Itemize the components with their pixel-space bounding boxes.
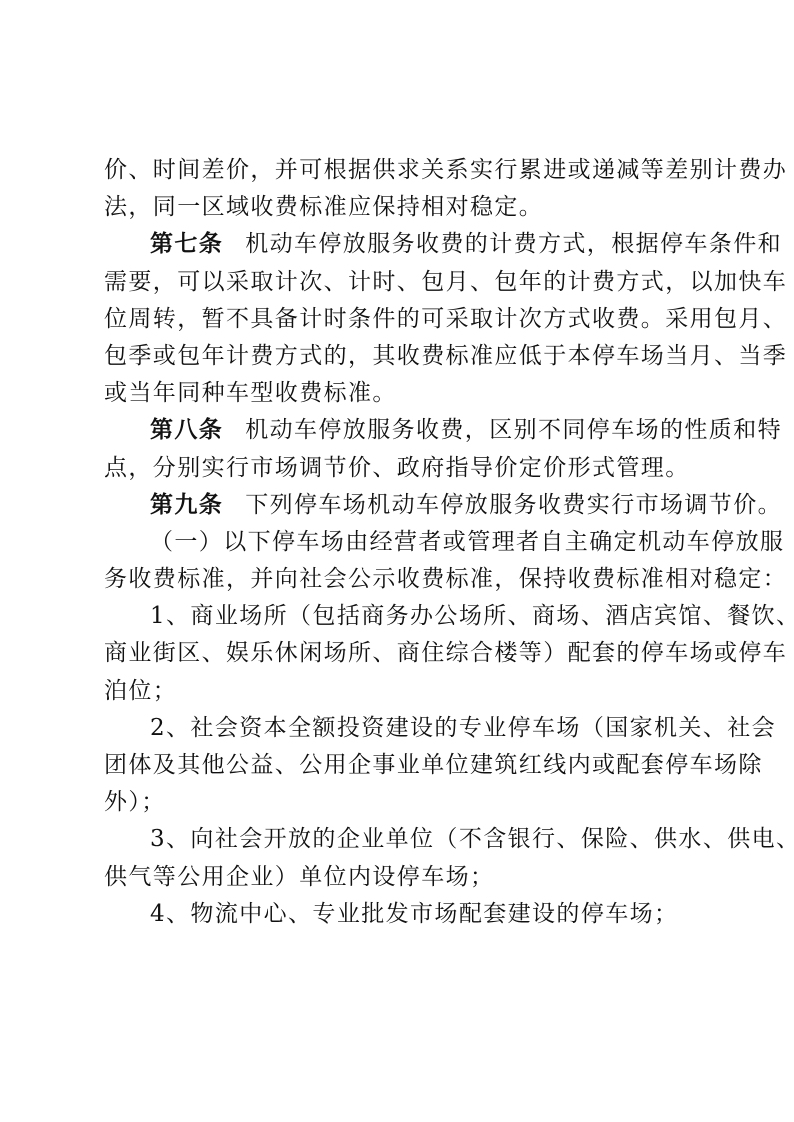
list-item-line: 2、社会资本全额投资建设的专业停车场（国家机关、社会 xyxy=(104,710,694,747)
article-7-line: 第七条机动车停放服务收费的计费方式，根据停车条件和 xyxy=(104,226,694,263)
paragraph-line: 供气等公用企业）单位内设停车场； xyxy=(104,859,694,896)
paragraph-line: 价、时间差价，并可根据供求关系实行累进或递减等差别计费办 xyxy=(104,152,694,189)
article-heading: 第七条 xyxy=(150,231,223,257)
paragraph-line: 位周转，暂不具备计时条件的可采取计次方式收费。采用包月、 xyxy=(104,301,694,338)
paragraph-line: 泊位； xyxy=(104,673,694,710)
article-text: 下列停车场机动车停放服务收费实行市场调节价。 xyxy=(245,492,782,518)
paragraph-line: 团体及其他公益、公用企事业单位建筑红线内或配套停车场除 xyxy=(104,747,694,784)
list-item-line: 3、向社会开放的企业单位（不含银行、保险、供水、供电、 xyxy=(104,821,694,858)
paragraph-line: 包季或包年计费方式的，其收费标准应低于本停车场当月、当季 xyxy=(104,338,694,375)
paragraph-line: 点，分别实行市场调节价、政府指导价定价形式管理。 xyxy=(104,450,694,487)
article-heading: 第九条 xyxy=(150,492,223,518)
article-heading: 第八条 xyxy=(150,417,223,443)
article-text: 机动车停放服务收费的计费方式，根据停车条件和 xyxy=(245,231,782,257)
article-8-line: 第八条机动车停放服务收费，区别不同停车场的性质和特 xyxy=(104,412,694,449)
paragraph-line: 务收费标准，并向社会公示收费标准，保持收费标准相对稳定： xyxy=(104,561,694,598)
article-text: 机动车停放服务收费，区别不同停车场的性质和特 xyxy=(245,417,782,443)
paragraph-line: 或当年同种车型收费标准。 xyxy=(104,375,694,412)
paragraph-line: 需要，可以采取计次、计时、包月、包年的计费方式，以加快车 xyxy=(104,264,694,301)
paragraph-line: 法，同一区域收费标准应保持相对稳定。 xyxy=(104,189,694,226)
paragraph-line: （一）以下停车场由经营者或管理者自主确定机动车停放服 xyxy=(104,524,694,561)
list-item-line: 4、物流中心、专业批发市场配套建设的停车场； xyxy=(104,896,694,933)
paragraph-line: 外）； xyxy=(104,784,694,821)
paragraph-line: 商业街区、娱乐休闲场所、商住综合楼等）配套的停车场或停车 xyxy=(104,635,694,672)
article-9-line: 第九条下列停车场机动车停放服务收费实行市场调节价。 xyxy=(104,487,694,524)
list-item-line: 1、商业场所（包括商务办公场所、商场、酒店宾馆、餐饮、 xyxy=(104,598,694,635)
document-page: 价、时间差价，并可根据供求关系实行累进或递减等差别计费办 法，同一区域收费标准应… xyxy=(104,152,694,933)
